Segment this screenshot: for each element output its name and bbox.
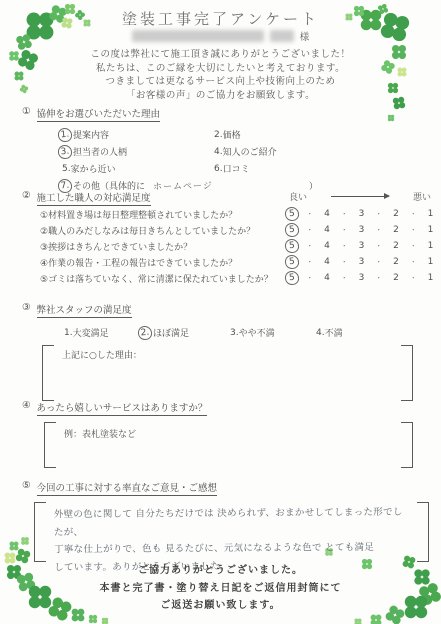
section-wished-services: ④ あったら嬉しいサービスはありますか？ 例：表札塗装など bbox=[22, 400, 413, 468]
rating-scale: 5・ 4・ 3・ 2・ 1 bbox=[285, 239, 437, 253]
section-comments: ⑤ 今回の工事に対する率直なご意見・ご感想 外壁の色に関して 自分たちだけでは … bbox=[22, 480, 423, 562]
selected-rating: 5 bbox=[284, 222, 299, 237]
rating-scale: 5・ 4・ 3・ 2・ 1 bbox=[285, 207, 437, 221]
q5-answer-box: 外壁の色に関して 自分たちだけでは 決められず、おまかせしてしまった形でしたが、… bbox=[34, 502, 429, 562]
greeting-text: この度は弊社にて施工頂き誠にありがとうございました！ 私たちは、このご縁を大切に… bbox=[0, 48, 441, 102]
redacted-name bbox=[132, 30, 264, 42]
closing-line: ご返送お願い致します。 bbox=[0, 597, 441, 615]
q4-answer-box: 例：表札塗装など bbox=[44, 422, 413, 468]
selected-rating: 5 bbox=[284, 254, 299, 269]
customer-name-line: 様 bbox=[0, 29, 441, 43]
closing-line: ご協力ありがとうございました。 bbox=[0, 562, 441, 580]
rating-row-2: ②職人のみだしなみは毎日きちんとしていましたか？ 5・ 4・ 3・ 2・ 1 bbox=[22, 222, 437, 238]
section-heading: あったら嬉しいサービスはありますか？ bbox=[37, 400, 208, 416]
q3-option-4: 4.不満 bbox=[316, 326, 343, 339]
q4-example: 例：表札塗装など bbox=[64, 425, 393, 440]
section-number: ② bbox=[22, 190, 31, 201]
q3-option-1: 1.大変満足 bbox=[64, 326, 142, 339]
section-number: ⑤ bbox=[22, 480, 31, 491]
section-heading: 協伸をお選びいただいた理由 bbox=[37, 106, 161, 122]
legend-good: 良い bbox=[289, 190, 307, 203]
section-staff-satisfaction: ③ 弊社スタッフの満足度 1.大変満足 2.ほぼ満足 3.やや不満 4.不満 上… bbox=[22, 302, 413, 401]
q1-option-6: 6.口コミ bbox=[214, 162, 433, 175]
q1-option-3: 3.担当者の人柄 bbox=[62, 145, 214, 158]
rating-legend: 良い 悪い bbox=[289, 190, 437, 203]
section-heading: 弊社スタッフの満足度 bbox=[37, 302, 132, 318]
section-heading: 今回の工事に対する率直なご意見・ご感想 bbox=[37, 480, 218, 496]
rating-row-1: ①材料置き場は毎日整理整頓されていましたか？ 5・ 4・ 3・ 2・ 1 bbox=[22, 206, 437, 222]
rating-row-5: ⑤ゴミは落ちていなく、常に清潔に保たれていましたか？ 5・ 4・ 3・ 2・ 1 bbox=[22, 270, 437, 286]
selected-rating: 5 bbox=[284, 206, 299, 221]
q3-reason-box: 上記に○した理由： bbox=[42, 345, 413, 401]
q3-option-2: 2.ほぼ満足 bbox=[142, 326, 230, 339]
q1-option-2: 2.価格 bbox=[214, 128, 433, 141]
section-number: ③ bbox=[22, 302, 31, 313]
q3-reason-label: 上記に○した理由： bbox=[62, 351, 142, 361]
section-number: ④ bbox=[22, 400, 31, 411]
section-number: ① bbox=[22, 106, 31, 117]
rating-row-4: ④作業の報告・工程の報告はできていましたか？ 5・ 4・ 3・ 2・ 1 bbox=[22, 254, 437, 270]
closing-message: ご協力ありがとうございました。 本書と完了書・塗り替え日記をご返信用封筒にて ご… bbox=[0, 562, 441, 615]
q1-option-4: 4.知人のご紹介 bbox=[214, 145, 433, 158]
rating-scale: 5・ 4・ 3・ 2・ 1 bbox=[285, 223, 437, 237]
greeting-line: つきましては更なるサービス向上や技術向上のため bbox=[0, 75, 441, 89]
selected-rating: 5 bbox=[284, 238, 299, 253]
section-heading: 施工した職人の対応満足度 bbox=[37, 190, 151, 206]
greeting-line: 私たちは、このご縁を大切にしたいと考えております。 bbox=[0, 62, 441, 76]
redacted-name-2 bbox=[270, 30, 294, 42]
q1-option-1: 1.提案内容 bbox=[62, 128, 214, 141]
q1-option-5: 5.家から近い bbox=[62, 162, 214, 175]
section-choose-reason: ① 協伸をお選びいただいた理由 1.提案内容 2.価格 3.担当者の人柄 4.知… bbox=[22, 106, 433, 192]
greeting-line: 「お客様の声」のご協力をお願致します。 bbox=[0, 89, 441, 103]
page-title: 塗装工事完了アンケート bbox=[0, 8, 441, 29]
arrow-right-icon bbox=[331, 196, 389, 197]
rating-scale: 5・ 4・ 3・ 2・ 1 bbox=[285, 255, 437, 269]
closing-line: 本書と完了書・塗り替え日記をご返信用封筒にて bbox=[0, 580, 441, 598]
selected-rating: 5 bbox=[284, 270, 299, 285]
name-suffix: 様 bbox=[300, 29, 310, 43]
rating-row-3: ③挨拶はきちんとできていましたか？ 5・ 4・ 3・ 2・ 1 bbox=[22, 238, 437, 254]
section-craftsman-satisfaction: ② 施工した職人の対応満足度 良い 悪い ①材料置き場は毎日整理整頓されていまし… bbox=[22, 190, 437, 286]
legend-bad: 悪い bbox=[413, 190, 431, 203]
q3-option-3: 3.やや不満 bbox=[230, 326, 316, 339]
rating-scale: 5・ 4・ 3・ 2・ 1 bbox=[285, 271, 437, 285]
greeting-line: この度は弊社にて施工頂き誠にありがとうございました！ bbox=[0, 48, 441, 62]
